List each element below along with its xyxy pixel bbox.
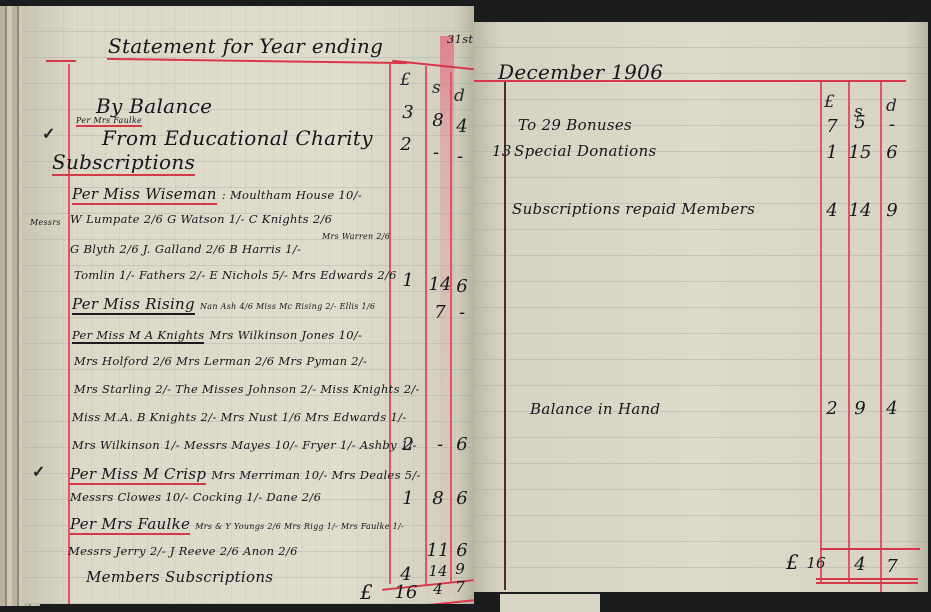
total-rule (820, 548, 920, 550)
amount-shillings: 11 (426, 540, 450, 561)
pence-header: d (886, 96, 897, 116)
amount-shillings: 14 (848, 200, 872, 221)
total-pounds: 16 (804, 554, 828, 572)
amount-pounds: 1 (820, 142, 844, 163)
left-ledger-page: Statement for Year ending 31st £ s d By … (22, 6, 474, 604)
amount-pence: - (450, 302, 474, 323)
amount-pounds: 7 (820, 116, 844, 137)
margin-check-mark: ✓ (42, 124, 55, 143)
subscriber-line: Messrs Jerry 2/- J Reeve 2/6 Anon 2/6 (68, 544, 298, 558)
amount-pence: 6 (450, 276, 474, 297)
total-pounds: 16 (394, 582, 418, 603)
pounds-column-rule (389, 64, 391, 584)
pence-header: d (454, 86, 465, 106)
amount-pence: 6 (450, 434, 474, 455)
subscriber-line: Miss M.A. B Knights 2/- Mrs Nust 1/6 Mrs… (72, 410, 406, 424)
amount-pence: 4 (450, 116, 474, 137)
margin-messrs: Messrs (30, 218, 61, 227)
total-double-rule-2 (816, 582, 918, 584)
entry-per-miss-ma-knights: Per Miss M A Knights Mrs Wilkinson Jones… (72, 324, 362, 343)
amount-shillings: 7 (428, 302, 452, 323)
amount-pounds: 2 (396, 434, 420, 455)
amount-shillings: - (428, 434, 452, 455)
amount-pence: 9 (448, 560, 472, 578)
subscriptions-heading: Subscriptions (52, 150, 195, 176)
header-rule (474, 80, 906, 82)
amount-pence: 4 (880, 398, 904, 419)
subscriber-line: Mrs Wilkinson 1/- Messrs Mayes 10/- Frye… (72, 438, 417, 452)
amount-shillings: 9 (848, 398, 872, 419)
total-shillings: 4 (848, 554, 872, 575)
entry-per-miss-m-crisp: Per Miss M Crisp Mrs Merriman 10/- Mrs D… (70, 464, 421, 483)
entry-by-balance: By Balance (96, 94, 212, 118)
header-rule-stub (46, 60, 76, 62)
subscriber-line: G Blyth 2/6 J. Galland 2/6 B Harris 1/- (70, 242, 301, 256)
entry-bonuses: To 29 Bonuses (518, 116, 632, 134)
amount-pence: 6 (450, 540, 474, 561)
right-ledger-page: December 1906 £ s d To 29 Bonuses 7 5 - … (474, 22, 928, 592)
amount-pounds: 3 (396, 102, 420, 123)
subscriber-line: Tomlin 1/- Fathers 2/- E Nichols 5/- Mrs… (74, 268, 397, 282)
total-shillings: 4 (426, 580, 450, 598)
amount-pounds: 2 (394, 134, 418, 155)
pounds-header: £ (824, 92, 835, 112)
total-currency-symbol: £ (786, 550, 799, 574)
entry-members-subscriptions: Members Subscriptions (86, 568, 273, 586)
amount-shillings: 15 (848, 142, 872, 163)
subscriber-line: Mrs Starling 2/- The Misses Johnson 2/- … (74, 382, 420, 396)
amount-pounds: 1 (396, 488, 420, 509)
entry-educational-charity: From Educational Charity (102, 126, 373, 150)
subscriber-line: W Lumpate 2/6 G Watson 1/- C Knights 2/6 (70, 212, 332, 226)
subscriber-line: Messrs Clowes 10/- Cocking 1/- Dane 2/6 (70, 490, 321, 504)
amount-shillings: 5 (848, 112, 872, 133)
title-date-fragment: 31st (447, 32, 473, 46)
entry-balance-in-hand: Balance in Hand (530, 400, 660, 418)
subscriber-superscript: Mrs Warren 2/6 (322, 232, 390, 241)
total-currency-symbol: £ (360, 580, 373, 604)
amount-pence: - (448, 146, 472, 167)
entry-subscriptions-repaid: Subscriptions repaid Members (512, 200, 755, 218)
amount-shillings: 8 (426, 110, 450, 131)
amount-pence: 9 (880, 200, 904, 221)
entry-per-mrs-faulke: Per Mrs Faulke Mrs & Y Youngs 2/6 Mrs Ri… (70, 514, 404, 533)
amount-shillings: 14 (426, 562, 450, 580)
amount-pounds: 4 (820, 200, 844, 221)
amount-pence: 6 (450, 488, 474, 509)
amount-shillings: 8 (426, 488, 450, 509)
amount-pounds: 1 (396, 270, 420, 291)
total-double-rule (816, 578, 918, 580)
ledger-title: Statement for Year ending (108, 34, 383, 58)
entry-count-13: 13 (492, 142, 512, 160)
pounds-header: £ (400, 70, 411, 90)
total-pence: 7 (448, 578, 472, 596)
shillings-header: s (432, 78, 441, 98)
margin-check-mark: ✓ (32, 462, 45, 481)
amount-pence: - (880, 114, 904, 135)
total-pence: 7 (880, 556, 904, 577)
amount-shillings: - (424, 142, 448, 163)
amount-shillings: 14 (428, 274, 452, 295)
amount-pounds: 2 (820, 398, 844, 419)
entry-special-donations: Special Donations (514, 142, 656, 160)
page-edge-strip (500, 594, 600, 612)
entry-per-miss-rising: Per Miss Rising Nan Ash 4/6 Miss Mc Risi… (72, 294, 375, 313)
entry-per-miss-wiseman: Per Miss Wiseman : Moultham House 10/- (72, 184, 362, 203)
amount-pence: 6 (880, 142, 904, 163)
subscriber-line: Mrs Holford 2/6 Mrs Lerman 2/6 Mrs Pyman… (74, 354, 367, 368)
